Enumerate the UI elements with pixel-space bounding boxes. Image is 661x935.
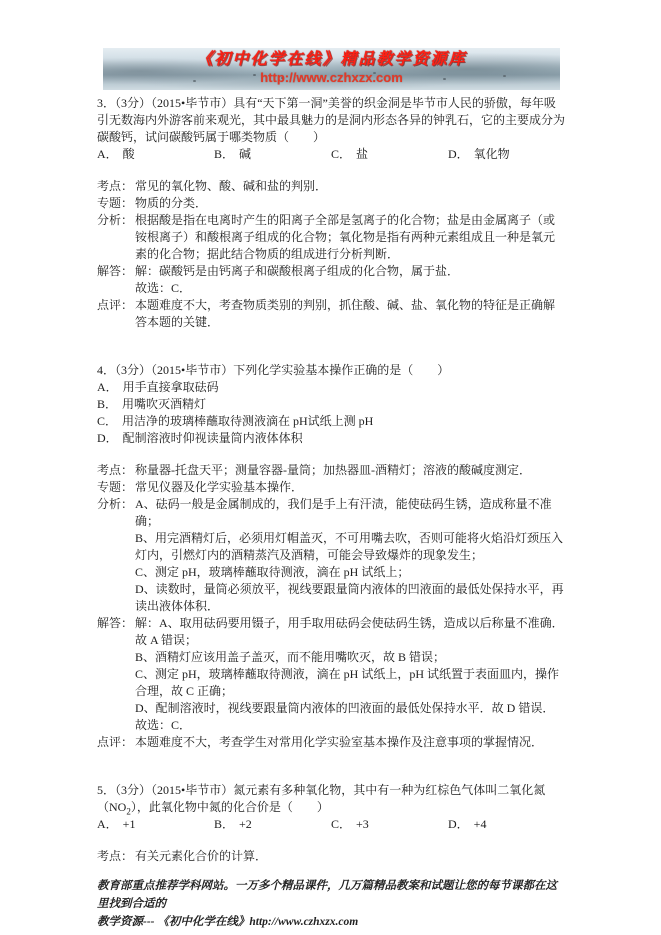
question-3-options: A．酸 B．碱 C．盐 D．氧化物 xyxy=(97,146,565,163)
question-5-options: A．+1 B．+2 C．+3 D．+4 xyxy=(97,816,565,833)
option-text: 氧化物 xyxy=(474,147,510,161)
option-letter: C． xyxy=(97,414,117,428)
question-3-analysis: 考点： 常见的氧化物、酸、碱和盐的判别． 专题： 物质的分类． 分析： 根据酸是… xyxy=(97,178,565,331)
option-text: 用手直接拿取砝码 xyxy=(123,380,219,394)
question-3-option-a: A．酸 xyxy=(97,146,214,163)
section-label: 解答： xyxy=(97,263,135,297)
question-5-option-d: D．+4 xyxy=(448,816,565,833)
section-label: 点评： xyxy=(97,734,135,751)
option-letter: D． xyxy=(448,147,469,161)
option-letter: A． xyxy=(97,380,118,394)
section-label: 专题： xyxy=(97,479,135,496)
section-fenxi: 分析： A、砝码一般是金属制成的，我们是手上有汗渍，能使砝码生锈，造成称量不准确… xyxy=(97,496,565,615)
option-letter: D． xyxy=(448,817,469,831)
section-body: 解：碳酸钙是由钙离子和碳酸根离子组成的化合物，属于盐． 故选：C． xyxy=(135,263,565,297)
section-label: 点评： xyxy=(97,297,135,331)
option-text: 盐 xyxy=(356,147,368,161)
option-text: 酸 xyxy=(123,147,135,161)
section-body: 根据酸是指在电离时产生的阳离子全部是氢离子的化合物；盐是由金属离子（或铵根离子）… xyxy=(135,212,565,263)
section-kaodian: 考点： 有关元素化合价的计算． xyxy=(97,848,565,865)
option-letter: B． xyxy=(97,397,117,411)
section-jieda: 解答： 解：碳酸钙是由钙离子和碳酸根离子组成的化合物，属于盐． 故选：C． xyxy=(97,263,565,297)
question-3-option-d: D．氧化物 xyxy=(448,146,565,163)
option-letter: D． xyxy=(97,431,118,445)
section-kaodian: 考点： 常见的氧化物、酸、碱和盐的判别． xyxy=(97,178,565,195)
section-kaodian: 考点： 称量器-托盘天平；测量容器-量筒；加热器皿-酒精灯；溶液的酸碱度测定． xyxy=(97,462,565,479)
section-label: 考点： xyxy=(97,178,135,195)
section-label: 分析： xyxy=(97,212,135,263)
section-label: 分析： xyxy=(97,496,135,615)
option-text: +3 xyxy=(356,817,369,831)
question-3-stem: 3．（3分）（2015•毕节市）具有“天下第一洞”美誉的织金洞是毕节市人民的骄傲… xyxy=(97,95,565,146)
section-label: 考点： xyxy=(97,462,135,479)
section-body: 常见仪器及化学实验基本操作． xyxy=(135,479,565,496)
question-4-analysis: 考点： 称量器-托盘天平；测量容器-量筒；加热器皿-酒精灯；溶液的酸碱度测定． … xyxy=(97,462,565,751)
option-text: +4 xyxy=(474,817,487,831)
option-text: 用嘴吹灭酒精灯 xyxy=(122,397,206,411)
stem-text: ），此氧化物中氮的化合价是（ ） xyxy=(131,800,329,814)
question-5-stem: 5．（3分）（2015•毕节市）氮元素有多种氧化物，其中有一种为红棕色气体叫二氧… xyxy=(97,782,565,816)
section-body: 有关元素化合价的计算． xyxy=(135,848,565,865)
question-5: 5．（3分）（2015•毕节市）氮元素有多种氧化物，其中有一种为红棕色气体叫二氧… xyxy=(97,782,565,865)
question-4-option-d: D．配制溶液时仰视读量筒内液体体积 xyxy=(97,430,565,447)
question-4: 4．（3分）（2015•毕节市）下列化学实验基本操作正确的是（ ） A．用手直接… xyxy=(97,362,565,751)
option-text: +1 xyxy=(123,817,136,831)
option-text: 碱 xyxy=(239,147,251,161)
document-page: 《初中化学在线》精品教学资源库 http://www.czhxzx.com 3．… xyxy=(0,0,661,931)
section-body: 常见的氧化物、酸、碱和盐的判别． xyxy=(135,178,565,195)
question-4-option-b: B．用嘴吹灭酒精灯 xyxy=(97,396,565,413)
section-body: 本题难度不大，考查物质类别的判别，抓住酸、碱、盐、氧化物的特征是正确解答本题的关… xyxy=(135,297,565,331)
option-letter: A． xyxy=(97,147,118,161)
question-5-option-b: B．+2 xyxy=(214,816,331,833)
question-4-options: A．用手直接拿取砝码 B．用嘴吹灭酒精灯 C．用洁净的玻璃棒蘸取待测液滴在 pH… xyxy=(97,379,565,447)
banner-url-link[interactable]: http://www.czhxzx.com xyxy=(103,69,560,86)
section-body: 称量器-托盘天平；测量容器-量筒；加热器皿-酒精灯；溶液的酸碱度测定． xyxy=(135,462,565,479)
section-body: 本题难度不大，考查学生对常用化学实验室基本操作及注意事项的掌握情况． xyxy=(135,734,565,751)
option-text: 用洁净的玻璃棒蘸取待测液滴在 pH试纸上测 pH xyxy=(122,414,373,428)
option-text: +2 xyxy=(239,817,252,831)
section-body: A、砝码一般是金属制成的，我们是手上有汗渍，能使砝码生锈，造成称量不准确； B、… xyxy=(135,496,565,615)
question-4-option-a: A．用手直接拿取砝码 xyxy=(97,379,565,396)
question-5-analysis: 考点： 有关元素化合价的计算． xyxy=(97,848,565,865)
section-jieda: 解答： 解：A、取用砝码要用镊子，用手取用砝码会使砝码生锈，造成以后称量不准确．… xyxy=(97,615,565,734)
question-4-stem: 4．（3分）（2015•毕节市）下列化学实验基本操作正确的是（ ） xyxy=(97,362,565,379)
option-letter: C． xyxy=(331,817,351,831)
section-fenxi: 分析： 根据酸是指在电离时产生的阳离子全部是氢离子的化合物；盐是由金属离子（或铵… xyxy=(97,212,565,263)
section-zhuanti: 专题： 物质的分类． xyxy=(97,195,565,212)
option-letter: B． xyxy=(214,817,234,831)
option-text: 配制溶液时仰视读量筒内液体体积 xyxy=(123,431,303,445)
option-letter: C． xyxy=(331,147,351,161)
site-banner: 《初中化学在线》精品教学资源库 http://www.czhxzx.com xyxy=(103,48,560,90)
question-5-option-c: C．+3 xyxy=(331,816,448,833)
question-3: 3．（3分）（2015•毕节市）具有“天下第一洞”美誉的织金洞是毕节市人民的骄傲… xyxy=(97,95,565,331)
section-label: 考点： xyxy=(97,848,135,865)
question-3-option-b: B．碱 xyxy=(214,146,331,163)
section-label: 专题： xyxy=(97,195,135,212)
banner-title: 《初中化学在线》精品教学资源库 xyxy=(103,51,560,68)
section-body: 解：A、取用砝码要用镊子，用手取用砝码会使砝码生锈，造成以后称量不准确．故 A … xyxy=(135,615,565,734)
section-zhuanti: 专题： 常见仪器及化学实验基本操作． xyxy=(97,479,565,496)
section-dianping: 点评： 本题难度不大，考查物质类别的判别，抓住酸、碱、盐、氧化物的特征是正确解答… xyxy=(97,297,565,331)
question-5-option-a: A．+1 xyxy=(97,816,214,833)
page-footer: 教育部重点推荐学科网站。一万多个精品课件，几万篇精品教案和试题让您的每节课都在这… xyxy=(97,877,565,931)
option-letter: A． xyxy=(97,817,118,831)
section-dianping: 点评： 本题难度不大，考查学生对常用化学实验室基本操作及注意事项的掌握情况． xyxy=(97,734,565,751)
option-letter: B． xyxy=(214,147,234,161)
section-label: 解答： xyxy=(97,615,135,734)
section-body: 物质的分类． xyxy=(135,195,565,212)
question-4-option-c: C．用洁净的玻璃棒蘸取待测液滴在 pH试纸上测 pH xyxy=(97,413,565,430)
question-3-option-c: C．盐 xyxy=(331,146,448,163)
